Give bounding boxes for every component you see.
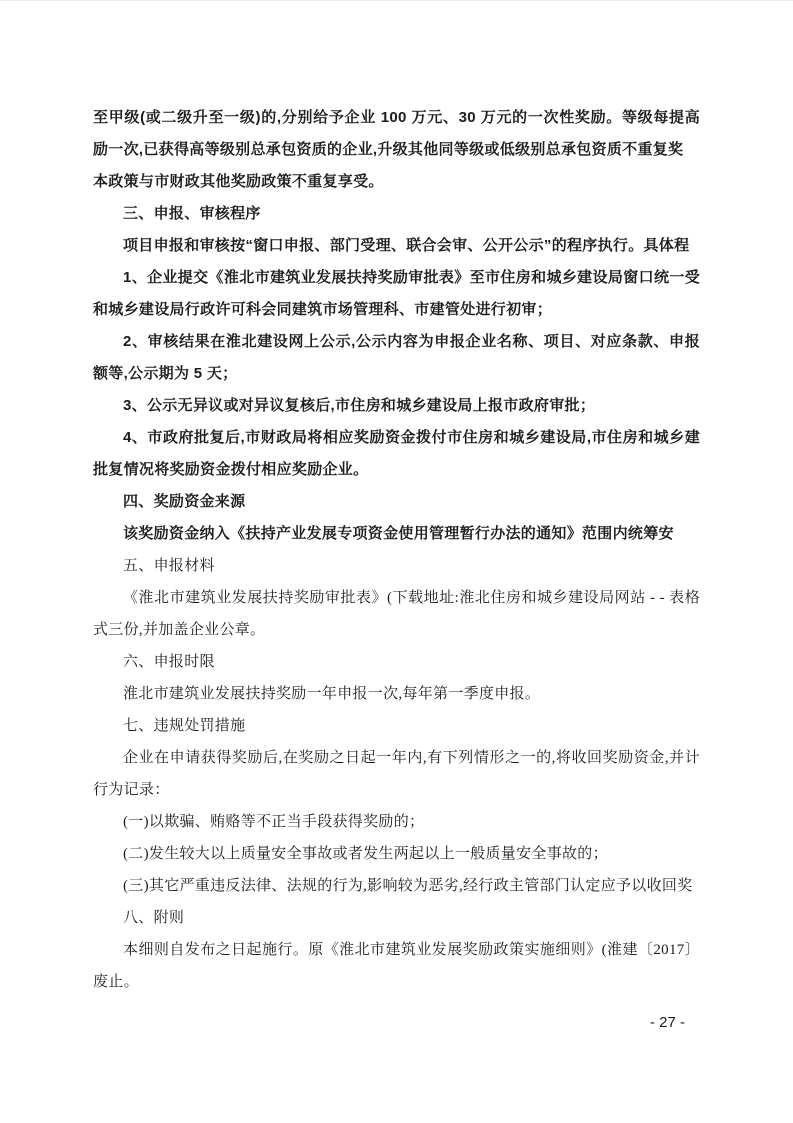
para-line: 本政策与市财政其他奖励政策不重复享受。: [93, 166, 700, 198]
para-line: 和城乡建设局行政许可科会同建筑市场管理科、市建管处进行初审；: [93, 294, 700, 326]
document-page: 至甲级(或二级升至一级)的,分别给予企业 100 万元、30 万元的一次性奖励。…: [0, 0, 793, 1123]
heading-section-8: 八、附则: [93, 902, 700, 934]
heading-section-7: 七、违规处罚措施: [93, 710, 700, 742]
heading-section-6: 六、申报时限: [93, 646, 700, 678]
para-line: 废止。: [93, 966, 700, 998]
para-line: 《淮北市建筑业发展扶持奖励审批表》(下载地址:淮北住房和城乡建设局网站 - - …: [93, 582, 700, 614]
para-line: 行为记录：: [93, 774, 700, 806]
para-line: 至甲级(或二级升至一级)的,分别给予企业 100 万元、30 万元的一次性奖励。…: [93, 102, 700, 134]
heading-section-5: 五、申报材料: [93, 550, 700, 582]
para-line-item-1: (一)以欺骗、贿赂等不正当手段获得奖励的；: [93, 806, 700, 838]
para-line: 企业在申请获得奖励后,在奖励之日起一年内,有下列情形之一的,将收回奖励资金,并计…: [93, 742, 700, 774]
para-line: 项目申报和审核按“窗口申报、部门受理、联合会审、公开公示”的程序执行。具体程序如…: [93, 230, 700, 262]
para-line: 该奖励资金纳入《扶持产业发展专项资金使用管理暂行办法的通知》范围内统筹安排。: [93, 518, 700, 550]
heading-section-3: 三、申报、审核程序: [93, 198, 700, 230]
para-line-item-2: (二)发生较大以上质量安全事故或者发生两起以上一般质量安全事故的；: [93, 838, 700, 870]
page-number: - 27 -: [650, 1013, 685, 1033]
para-line: 4、市政府批复后,市财政局将相应奖励资金拨付市住房和城乡建设局,市住房和城乡建设…: [93, 422, 700, 454]
para-line: 1、企业提交《淮北市建筑业发展扶持奖励审批表》至市住房和城乡建设局窗口统一受理,…: [93, 262, 700, 294]
para-line: 额等,公示期为 5 天；: [93, 358, 700, 390]
para-line: 批复情况将奖励资金拨付相应奖励企业。: [93, 454, 700, 486]
para-line: 淮北市建筑业发展扶持奖励一年申报一次,每年第一季度申报。: [93, 678, 700, 710]
para-line: 励一次,已获得高等级别总承包资质的企业,升级其他同等级或低级别总承包资质不重复奖…: [93, 134, 700, 166]
para-line-item-3: (三)其它严重违反法律、法规的行为,影响较为恶劣,经行政主管部门认定应予以收回奖…: [93, 870, 700, 902]
para-line: 本细则自发布之日起施行。原《淮北市建筑业发展奖励政策实施细则》(淮建〔2017〕…: [93, 934, 700, 966]
document-body: 至甲级(或二级升至一级)的,分别给予企业 100 万元、30 万元的一次性奖励。…: [93, 102, 700, 998]
para-line: 2、审核结果在淮北建设网上公示,公示内容为申报企业名称、项目、对应条款、申报金额…: [93, 326, 700, 358]
heading-section-4: 四、奖励资金来源: [93, 486, 700, 518]
para-line: 3、公示无异议或对异议复核后,市住房和城乡建设局上报市政府审批；: [93, 390, 700, 422]
para-line: 式三份,并加盖企业公章。: [93, 614, 700, 646]
